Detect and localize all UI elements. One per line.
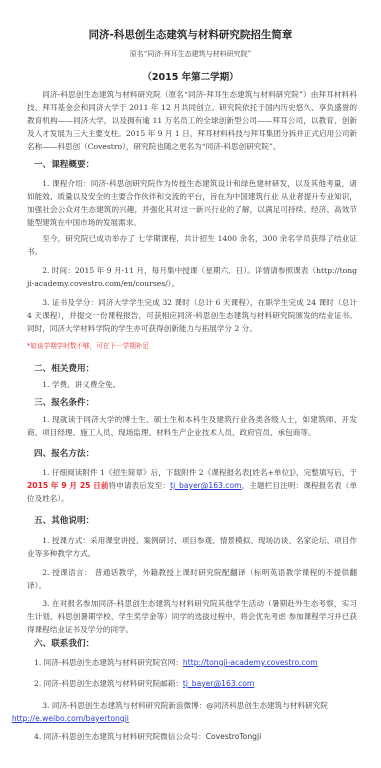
section-heading-course-overview: 一、课程概要： xyxy=(34,158,94,170)
wechat-id: CovestroTongji xyxy=(206,732,262,741)
term-label: （2015 年第二学期） xyxy=(0,69,381,83)
application-paragraph: 1. 仔细阅读附件 1《招生简章》后，下载附件 2《课程报名表[姓名+单位]》，… xyxy=(27,466,357,505)
deadline-highlight: 2015 年 9 月 25 日前 xyxy=(27,481,109,490)
fees-paragraph: 1. 学费、讲义费全免。 xyxy=(27,378,357,391)
contact-weibo: 3. 同济-科思创生态建筑与材料研究院新浪微博：@同济科思创生态建筑与材料研究院… xyxy=(27,699,357,725)
eligibility-paragraph: 1. 现就读于同济大学的博士生、硕士生和本科生及建筑行业各类各级人士，如建筑师、… xyxy=(27,413,357,439)
priority-paragraph: 3. 在对报名参加同济-科思创生态建筑与材料研究院其他学生活动（暑期赴外生态考察… xyxy=(27,597,357,636)
application-email-link[interactable]: tj_bayer@163.com xyxy=(170,481,241,490)
application-text-middle: 将申请表后发至： xyxy=(109,481,171,490)
contact-website-label: 1. 同济-科思创生态建筑与材料研究院官网： xyxy=(34,658,183,667)
teaching-language-paragraph: 2. 授课语言： 普通话教学，外籍教授上课时研究院配翻译（标明英语教学课程的不提… xyxy=(27,566,357,592)
course-intro-paragraph: 1. 课程介绍：同济-科思创研究院作为传授生态建筑设计和绿色建材研发，以及其他考… xyxy=(27,177,357,229)
contact-email: 2. 同济-科思创生态建筑与材料研究院邮箱：tj_bayer@163.com xyxy=(34,677,364,690)
section-heading-contact: 六、联系我们： xyxy=(34,637,94,649)
website-link[interactable]: http://tongji-academy.covestro.com xyxy=(183,658,318,667)
email-link[interactable]: tj_bayer@163.com xyxy=(183,679,254,688)
section-heading-eligibility: 三、报名条件： xyxy=(34,396,94,408)
document-title: 同济-科思创生态建筑与材料研究院招生简章 xyxy=(0,27,381,42)
course-stats-paragraph: 至今，研究院已成功举办了 七学期课程，共计招生 1400 余名，300 余名学员… xyxy=(27,232,357,258)
section-heading-application: 四、报名方法： xyxy=(34,447,94,459)
teaching-method-paragraph: 1. 授课方式：采用课堂讲授、案例研讨、项目参观、情景模拟、现场访谈、名家论坛、… xyxy=(27,534,357,560)
section-heading-fees: 二、相关费用： xyxy=(34,362,94,374)
application-text-before: 1. 仔细阅读附件 1《招生简章》后，下载附件 2《课程报名表[姓名+单位]》，… xyxy=(42,468,357,477)
contact-wechat-label: 4. 同济-科思创生态建筑与材料研究院微信公众号： xyxy=(34,732,206,741)
course-time-paragraph: 2. 时间：2015 年 9 月-11 月，每月集中授课（星期六、日）。详情请参… xyxy=(27,264,357,290)
contact-email-label: 2. 同济-科思创生态建筑与材料研究院邮箱： xyxy=(34,679,183,688)
intro-paragraph: 同济-科思创生态建筑与材料研究院（原名“同济-拜耳生态建筑与材料研究院”）由拜耳… xyxy=(27,88,357,153)
section-heading-other-notes: 五、其他说明： xyxy=(34,514,94,526)
contact-wechat: 4. 同济-科思创生态建筑与材料研究院微信公众号：CovestroTongji xyxy=(34,730,364,743)
weibo-link[interactable]: http://e.weibo.com/bayertongji xyxy=(12,714,129,723)
contact-weibo-label: 3. 同济-科思创生态建筑与材料研究院新浪微博：@同济科思创生态建筑与材料研究院 xyxy=(42,701,328,710)
footnote-red: *如该学期学时数不够，可在下一学期补足 xyxy=(27,340,149,350)
course-credit-paragraph: 3. 证书及学分：同济大学学生完成 32 课时（总计 6 天课程），在职学生完成… xyxy=(27,296,357,335)
document-subtitle: 原名“同济-拜耳生态建筑与材料研究院” xyxy=(0,49,381,59)
contact-website: 1. 同济-科思创生态建筑与材料研究院官网：http://tongji-acad… xyxy=(34,656,364,669)
